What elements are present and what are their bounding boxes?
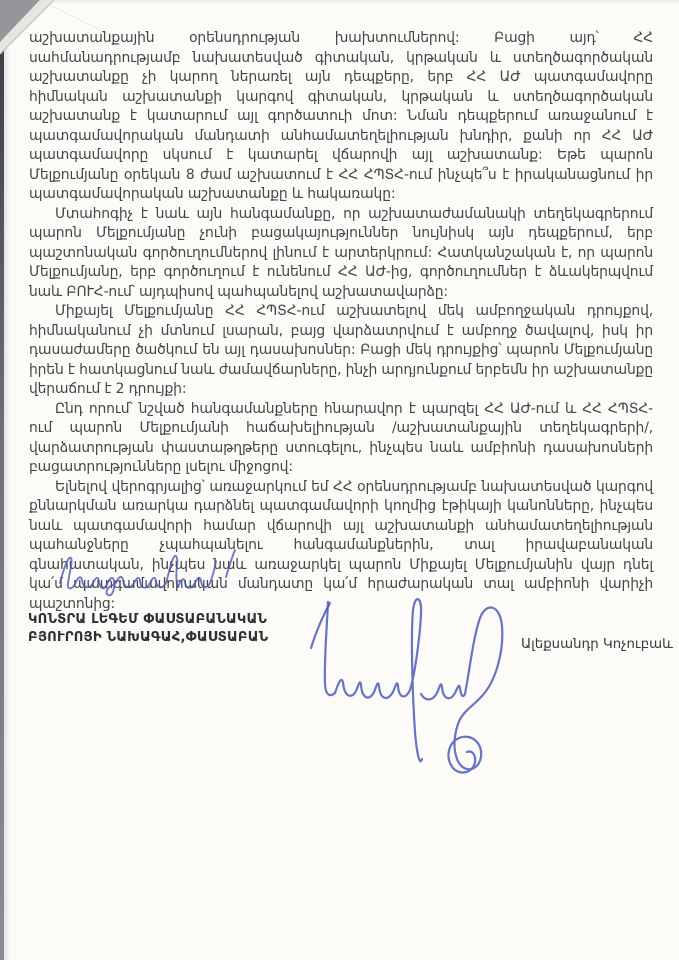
scan-top-edge-shadow (0, 0, 679, 4)
signer-title-line1: ԿՈՆՏՐԱ ԼԵԳԵՄ ՓԱՍՏԱԲԱՆԱԿԱՆ (28, 611, 268, 629)
letter-body: աշխատանքային օրենսդրության խախտումներով:… (29, 29, 653, 614)
signer-title-block: ԿՈՆՏՐԱ ԼԵԳԵՄ ՓԱՍՏԱԲԱՆԱԿԱՆ ԲՅՈՒՐՈՅԻ ՆԱԽԱԳ… (28, 611, 268, 646)
paragraph: Միքայել Մելքումյանը ՀՀ ՀՊՏՀ-ում աշխատելո… (29, 302, 653, 400)
scanned-letter-page: աշխատանքային օրենսդրության խախտումներով:… (0, 0, 679, 960)
paragraph: Մտահոգիչ է նաև այն հանգամանքը, որ աշխատա… (29, 205, 653, 303)
signature-ink (283, 566, 523, 818)
handwritten-note-ink (50, 543, 246, 601)
paragraph: Ընդ որում՝ նշված հանգամանքները հնարավոր … (29, 400, 653, 478)
signer-title-line2: ԲՅՈՒՐՈՅԻ ՆԱԽԱԳԱՀ,ՓԱՍՏԱԲԱՆ (28, 629, 268, 647)
signer-name: Ալեքսանդր Կոչուբաև (521, 637, 673, 652)
scan-left-edge-fade (4, 0, 10, 960)
paragraph: աշխատանքային օրենսդրության խախտումներով:… (29, 29, 653, 205)
